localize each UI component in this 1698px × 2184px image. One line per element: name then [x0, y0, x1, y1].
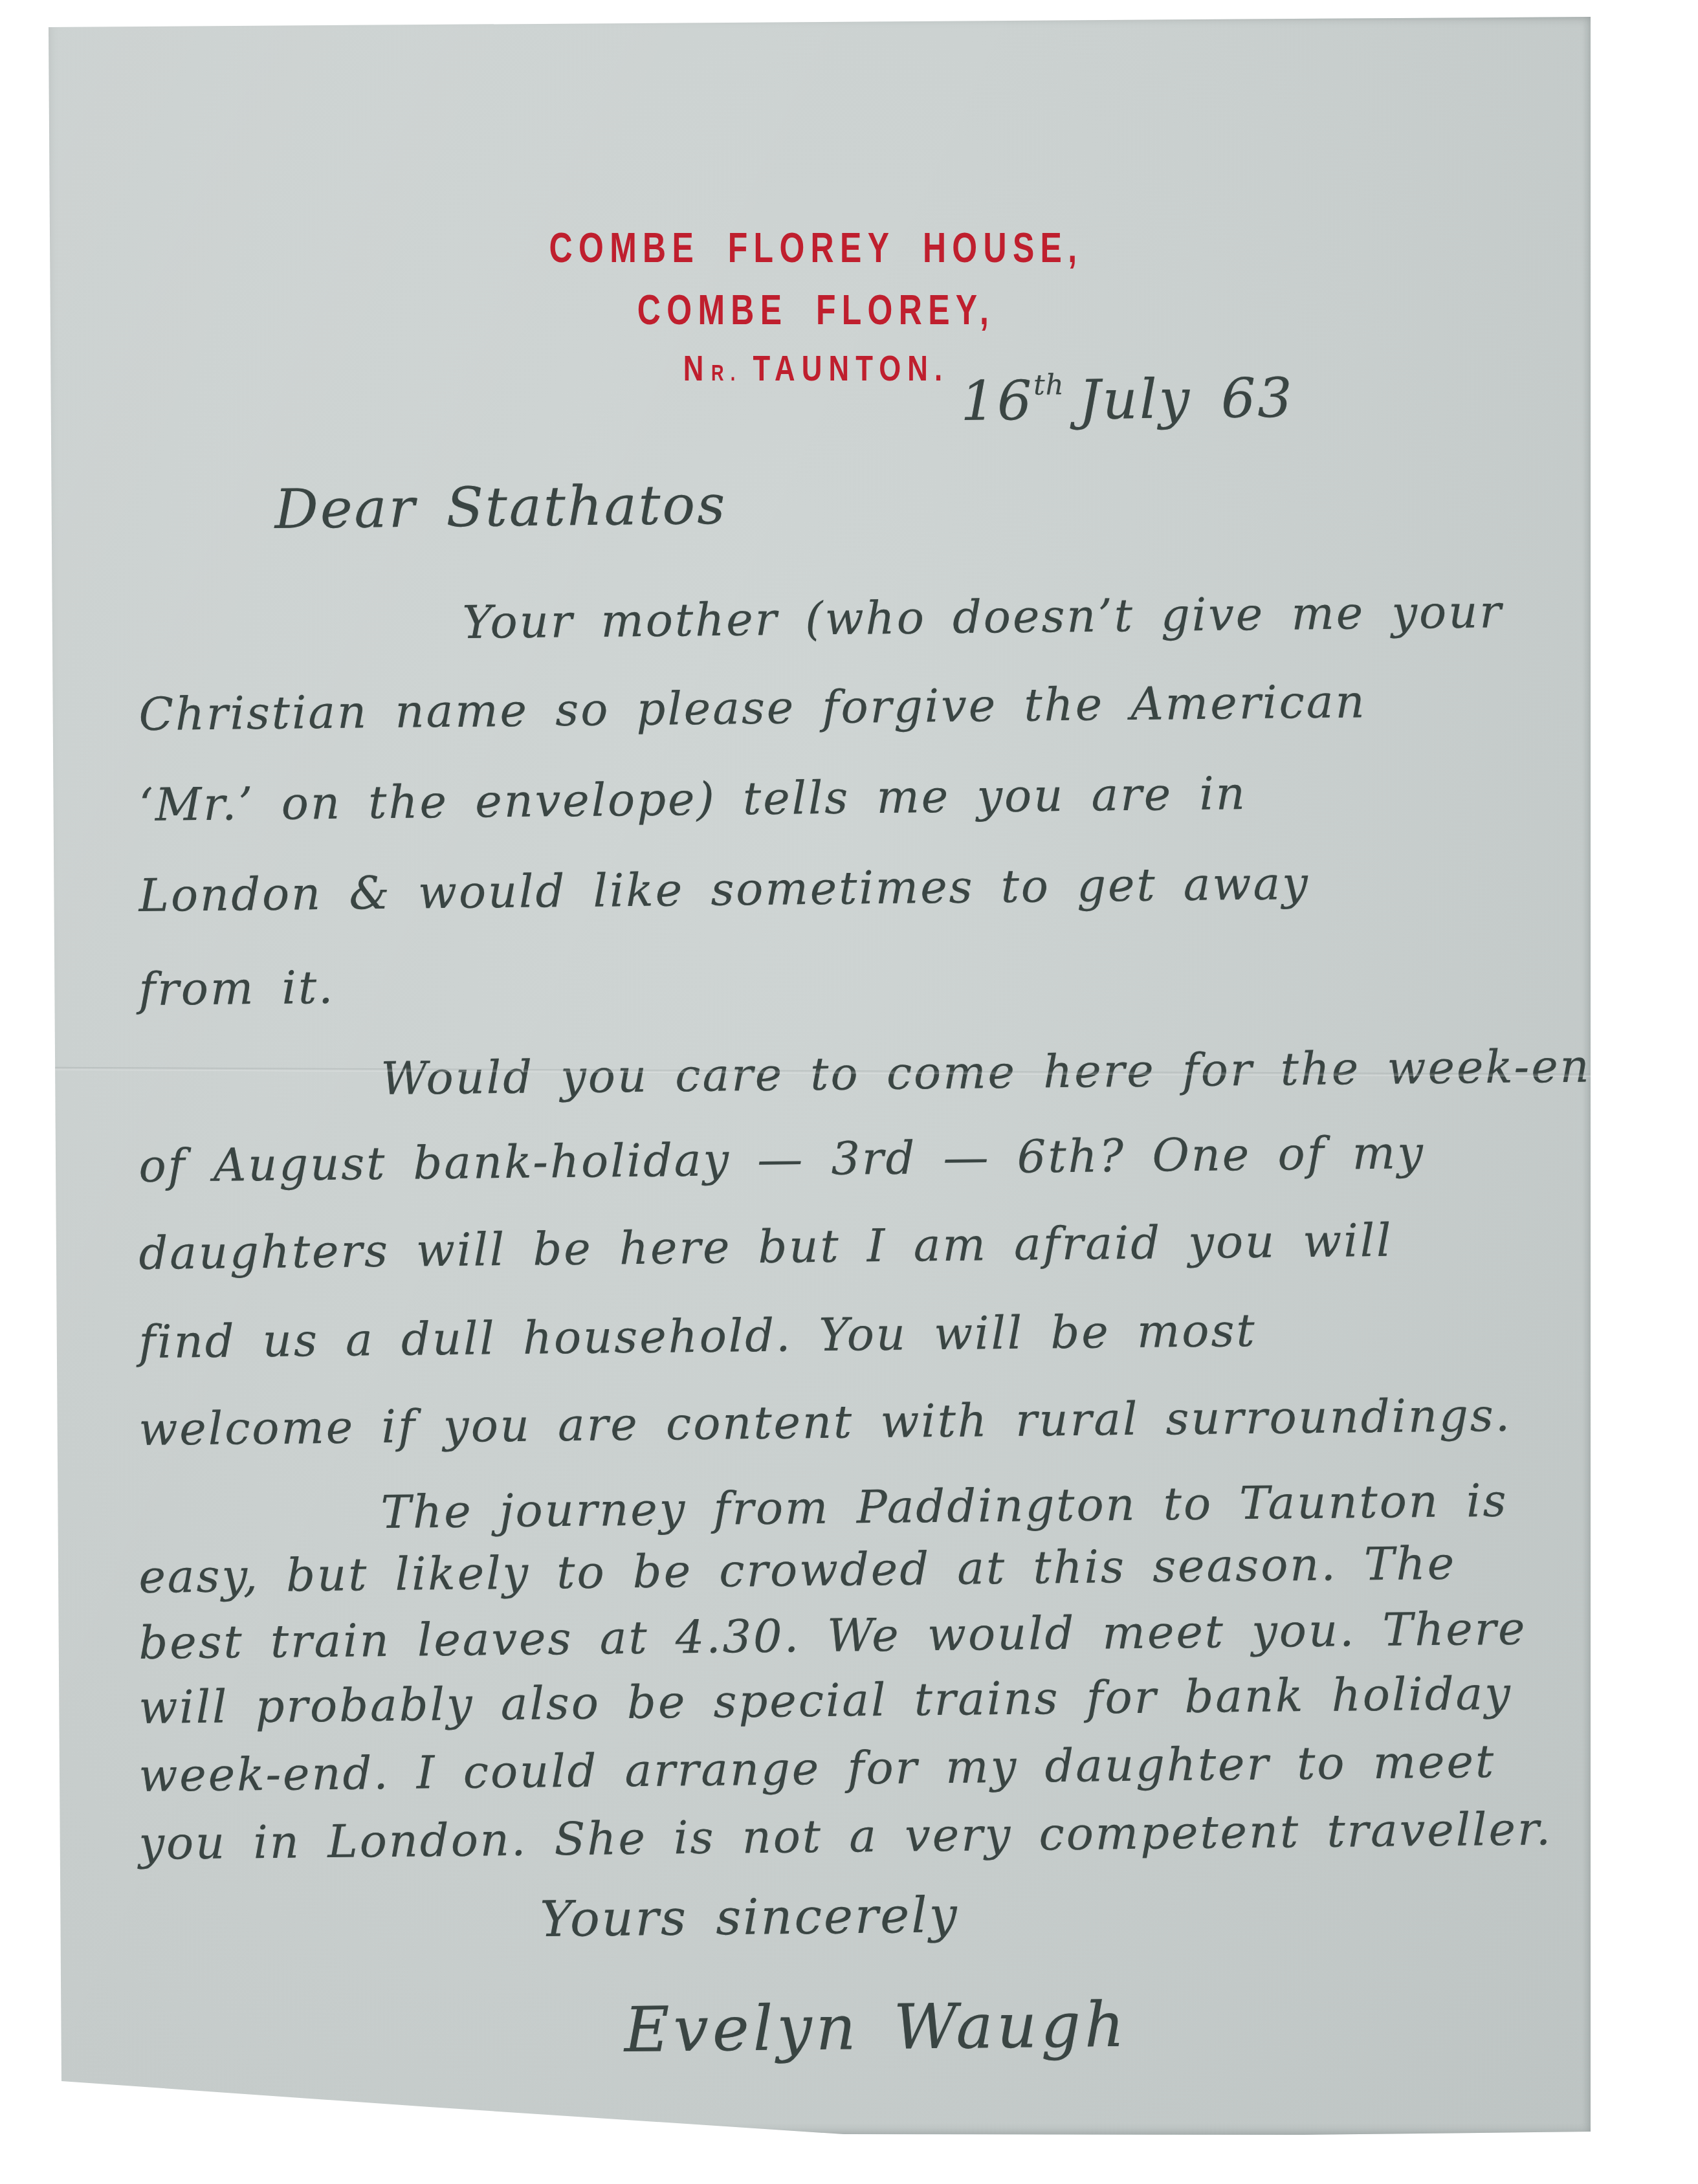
letter-paper: COMBE FLOREY HOUSE, COMBE FLOREY, NR.TAU… [41, 17, 1591, 2135]
body-line: from it. [138, 961, 335, 1016]
date-month-year: July 63 [1079, 366, 1295, 432]
handwritten-date: 16thJuly 63 [960, 366, 1294, 433]
body-line: of August bank-holiday — 3rd — 6th? One … [138, 1126, 1425, 1193]
date-day: 16 [960, 369, 1034, 433]
body-line: best train leaves at 4.30. We would meet… [138, 1602, 1527, 1670]
letterhead-nr-r: R. [711, 361, 742, 386]
body-line: welcome if you are content with rural su… [138, 1389, 1512, 1456]
closing: Yours sincerely [540, 1886, 959, 1948]
body-line: week-end. I could arrange for my daughte… [138, 1735, 1496, 1802]
date-ordinal-suffix: th [1033, 368, 1064, 401]
letterhead-line-2: COMBE FLOREY, [212, 286, 1420, 334]
body-line: easy, but likely to be crowded at this s… [138, 1537, 1457, 1604]
letter-photo: COMBE FLOREY HOUSE, COMBE FLOREY, NR.TAU… [0, 0, 1698, 2184]
body-line: The journey from Paddington to Taunton i… [380, 1474, 1508, 1539]
letterhead-line-1: COMBE FLOREY HOUSE, [212, 224, 1420, 272]
letterhead-nr-n: N [683, 347, 711, 388]
body-line: you in London. She is not a very compete… [138, 1802, 1552, 1870]
body-line: Your mother (who doesn’t give me your [462, 585, 1503, 649]
body-line: Christian name so please forgive the Ame… [138, 675, 1367, 741]
body-line: will probably also be special trains for… [138, 1667, 1512, 1734]
body-line: daughters will be here but I am afraid y… [138, 1214, 1393, 1280]
body-line: London & would like sometimes to get awa… [138, 857, 1310, 922]
letterhead-taunton: TAUNTON. [753, 347, 949, 388]
body-line: find us a dull household. You will be mo… [138, 1304, 1257, 1369]
signature: Evelyn Waugh [624, 1989, 1129, 2066]
salutation: Dear Stathatos [274, 473, 727, 541]
body-line: ‘Mr.’ on the envelope) tells me you are … [138, 767, 1247, 832]
